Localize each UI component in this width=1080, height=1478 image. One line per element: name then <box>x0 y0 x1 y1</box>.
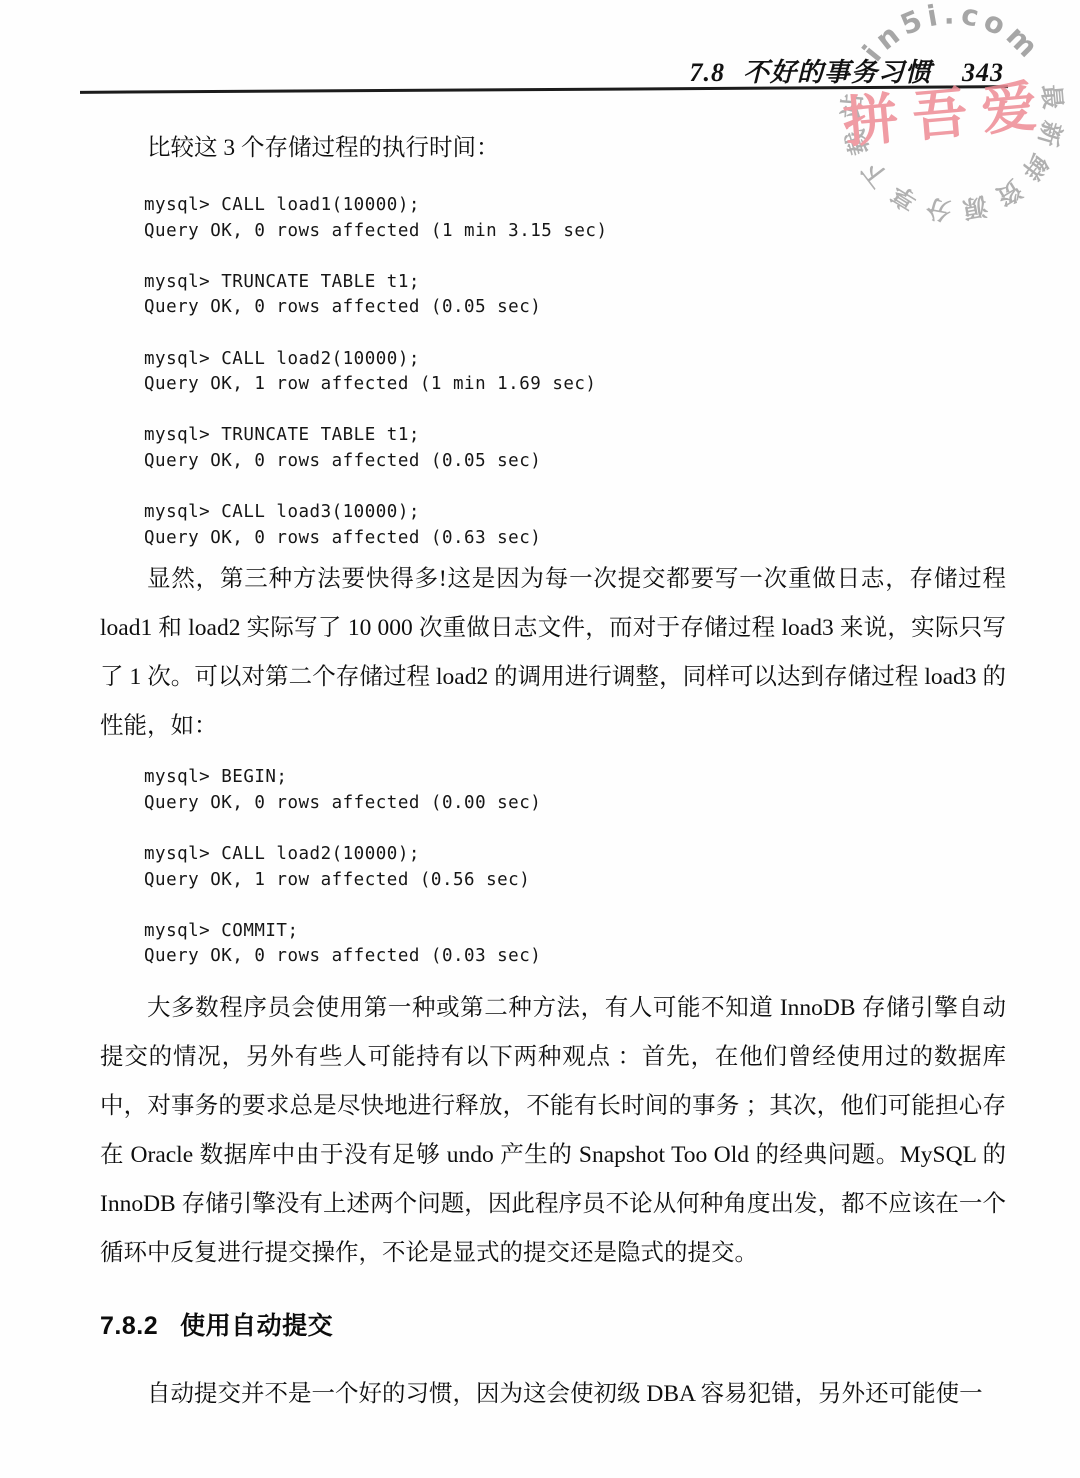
paragraph-redo-log-explanation: 显然，第三种方法要快得多!这是因为每一次提交都要写一次重做日志，存储过程 loa… <box>100 555 1006 751</box>
section-heading-title: 使用自动提交 <box>180 1312 333 1340</box>
running-head-chapter-title: 不好的事务习惯 <box>743 58 932 87</box>
intro-paragraph: 比较这 3 个存储过程的执行时间： <box>100 124 1006 173</box>
book-page: 7.8不好的事务习惯343 in5i.com 最新鲜资源分享下载站 拼吾爱 比较… <box>0 0 1080 1478</box>
paragraph-programmer-habits: 大多数程序员会使用第一种或第二种方法，有人可能不知道 InnoDB 存储引擎自动… <box>100 984 1006 1278</box>
paragraph-autocommit: 自动提交并不是一个好的习惯，因为这会使初级 DBA 容易犯错，另外还可能使一 <box>100 1370 1006 1419</box>
mysql-code-block-2: mysql> BEGIN; Query OK, 0 rows affected … <box>144 765 1006 970</box>
page-number: 343 <box>962 58 1004 87</box>
running-head-section-number: 7.8 <box>689 58 725 87</box>
running-head: 7.8不好的事务习惯343 <box>689 52 1004 89</box>
section-heading-number: 7.8.2 <box>100 1312 158 1340</box>
page-body: 比较这 3 个存储过程的执行时间： mysql> CALL load1(1000… <box>100 92 1006 1419</box>
section-heading: 7.8.2使用自动提交 <box>100 1306 1006 1342</box>
mysql-code-block-1: mysql> CALL load1(10000); Query OK, 0 ro… <box>144 193 1006 551</box>
